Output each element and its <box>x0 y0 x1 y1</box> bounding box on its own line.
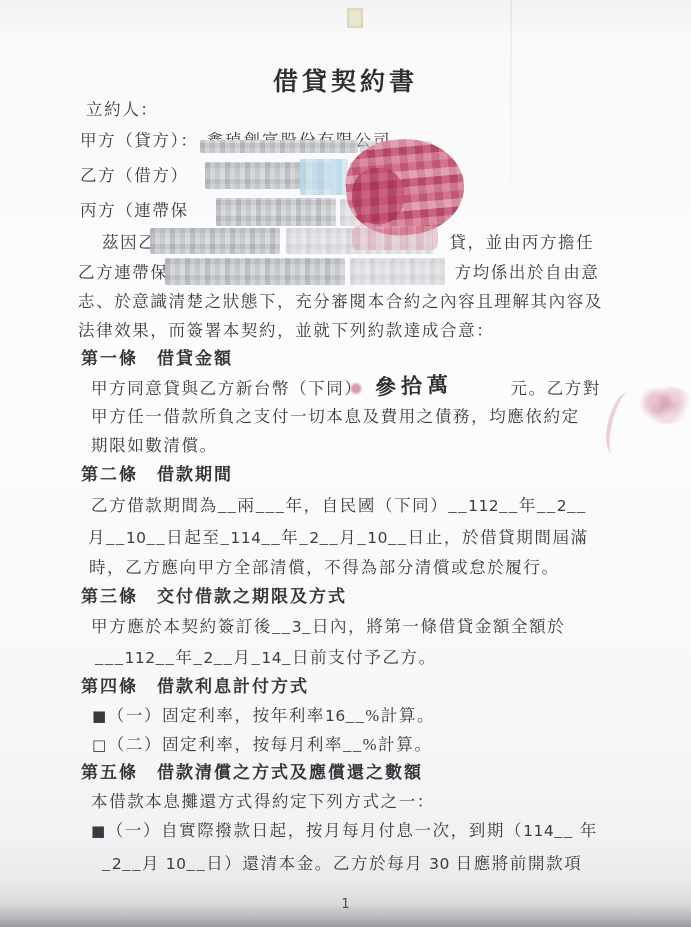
text-segment: （一）自實際撥款日起，按月每月付息一次，到期（ <box>107 821 523 840</box>
stamp-trace <box>601 390 642 458</box>
clause-3-heading: 第三條 交付借款之期限及方式 <box>81 587 347 609</box>
text-segment: 參拾萬 <box>374 375 453 398</box>
clause-5-option-1a: ■（一）自實際撥款日起，按月每月付息一次，到期（114__年 <box>91 821 598 843</box>
clause-4-option-2: □（二）固定利率，按每月利率__%計算。 <box>92 735 432 757</box>
preamble-line-3: 志、於意識清楚之狀態下，充分審閱本合約之內容且理解其內容及 <box>78 292 603 314</box>
text-segment: __ <box>218 496 238 515</box>
red-stamp-core <box>352 168 404 224</box>
clause-2-body-2: 月__10__日起至_114__年_2__月_10__日止，於借貸期間屆滿 <box>88 528 589 550</box>
text-segment: 本借款本息攤還方式得約定下列方式之一： <box>91 792 435 811</box>
text-segment: 第五條 借款清償之方式及應償還之數額 <box>81 763 423 782</box>
text-segment: __ <box>214 648 234 667</box>
red-stamp-fringe <box>352 226 438 250</box>
text-segment: _ <box>102 854 112 873</box>
text-segment: _ <box>221 528 231 547</box>
text-segment: 第一條 借貸金額 <box>81 349 233 368</box>
text-segment: 年 <box>175 648 193 667</box>
text-segment: 法律效果，而簽署本契約，並就下列約款達成合意： <box>78 321 494 340</box>
blue-mark <box>300 159 348 195</box>
text-segment: 2 <box>203 649 213 667</box>
text-segment: 乙方（借方） <box>80 166 189 185</box>
text-segment: 第二條 借款期間 <box>81 465 233 484</box>
text-segment: 月 <box>233 648 251 667</box>
text-segment: __ <box>346 706 366 725</box>
text-segment: __ <box>262 528 282 547</box>
text-segment: __ <box>554 821 574 840</box>
checkbox-unchecked-icon: □ <box>92 736 108 754</box>
text-segment: _ <box>357 528 367 547</box>
clause-2-body-1: 乙方借款期間為__兩___年，自民國（下同）__112__年__2__ <box>91 496 587 518</box>
text-segment: _ <box>193 648 203 667</box>
clause-5-option-1b: _2__月 10__日）還清本金。乙方於每月 30 日應將前開款項 <box>102 854 582 876</box>
text-segment: 年，自民國（下同） <box>285 496 448 515</box>
text-segment: __ <box>156 648 176 667</box>
scanned-contract-page: 借貸契約書 立約人：甲方（貸方）：鑫琸創富股份有限公司乙方（借方）丙方（連帶保茲… <box>0 0 691 927</box>
text-segment: ___ <box>95 648 125 667</box>
parties-label: 立約人： <box>86 100 158 122</box>
redaction-block <box>216 198 336 226</box>
text-segment: __ <box>567 496 587 515</box>
text-segment: 日起至 <box>166 528 220 547</box>
text-segment: 2 <box>557 497 567 515</box>
clause-4-heading: 第四條 借款利息計付方式 <box>81 677 309 699</box>
text-segment: _ <box>299 528 309 547</box>
clause-4-option-1: ■（一）固定利率，按年利率16__%計算。 <box>92 706 435 728</box>
stamp-trace <box>636 386 691 424</box>
text-segment: __ <box>537 496 557 515</box>
party-c-line: 丙方（連帶保 <box>80 201 189 223</box>
text-segment: 月 <box>339 528 357 547</box>
text-segment: 2 <box>309 529 319 547</box>
clause-2-heading: 第二條 借款期間 <box>81 465 233 487</box>
text-segment: 日前支付予乙方。 <box>292 648 437 667</box>
text-segment: 30 <box>429 855 450 873</box>
page-number: 1 <box>0 897 691 912</box>
text-segment: 甲方任一借款所負之支付一切本息及費用之債務，均應依約定 <box>91 407 580 426</box>
text-segment: 丙方（連帶保 <box>80 201 189 220</box>
text-segment: __ <box>320 528 340 547</box>
text-segment: 年 <box>519 496 537 515</box>
text-segment: 甲方（貸方）： <box>80 131 198 150</box>
clause-3-body-2: ___112__年_2__月_14_日前支付予乙方。 <box>95 648 437 670</box>
text-segment: 10 <box>166 855 187 873</box>
redaction-block <box>165 258 345 285</box>
text-segment: 乙方借款期間為 <box>91 496 218 515</box>
text-segment: 日應將前開款項 <box>450 854 582 873</box>
redaction-block <box>350 258 445 285</box>
text-segment: __ <box>448 496 468 515</box>
text-segment: 月 <box>142 854 166 873</box>
text-segment: %計算。 <box>363 735 433 754</box>
checkbox-checked-icon: ■ <box>92 707 108 725</box>
text-segment: 112 <box>125 649 156 667</box>
text-segment: 方均係出於自由意 <box>455 263 600 282</box>
text-segment: 年 <box>580 821 598 840</box>
preamble-line-4: 法律效果，而簽署本契約，並就下列約款達成合意： <box>78 321 494 343</box>
text-segment: __ <box>272 617 292 636</box>
text-segment: __ <box>106 528 126 547</box>
checkbox-checked-icon: ■ <box>91 822 107 840</box>
text-segment: 甲方同意貸與乙方新台幣（下同） <box>91 379 363 398</box>
text-segment: __ <box>147 528 167 547</box>
text-segment: _ <box>282 648 292 667</box>
text-segment: 立約人： <box>86 100 158 119</box>
text-segment: _ <box>302 617 312 636</box>
text-segment: _ <box>252 648 262 667</box>
text-segment: __ <box>388 528 408 547</box>
text-segment: 月 <box>88 528 106 547</box>
text-segment: 112 <box>468 497 499 515</box>
text-segment: 3 <box>292 618 302 636</box>
text-segment: 日內，將第一條借貸金額全額於 <box>312 617 565 636</box>
text-segment: 114 <box>230 529 261 547</box>
page-marker <box>347 8 363 28</box>
document-title: 借貸契約書 <box>0 62 691 98</box>
clause-1-body-2: 甲方任一借款所負之支付一切本息及費用之債務，均應依約定 <box>91 407 580 429</box>
text-segment: 第三條 交付借款之期限及方式 <box>81 587 347 606</box>
clause-2-body-3: 時，乙方應向甲方全部清償，不得為部分清償或怠於履行。 <box>89 558 560 580</box>
text-segment: 貸，並由丙方擔任 <box>449 233 594 252</box>
text-segment: __ <box>122 854 142 873</box>
text-segment: 年 <box>281 528 299 547</box>
redaction-block <box>200 140 358 153</box>
clause-5-heading: 第五條 借款清償之方式及應償還之數額 <box>81 763 423 785</box>
clause-1-body-3: 期限如數清償。 <box>91 436 218 458</box>
clause-3-body-1: 甲方應於本契約簽訂後__3_日內，將第一條借貸金額全額於 <box>91 617 565 639</box>
text-segment: __ <box>187 854 207 873</box>
text-segment: __ <box>343 735 363 754</box>
text-segment: 10 <box>126 529 147 547</box>
text-segment: %計算。 <box>365 706 435 725</box>
party-b-line: 乙方（借方） <box>80 166 189 188</box>
text-segment: 日）還清本金。乙方於每月 <box>206 854 429 873</box>
text-segment: 元。乙方對 <box>511 379 602 398</box>
text-segment: ___ <box>256 496 286 515</box>
redaction-block <box>150 228 280 254</box>
text-segment: __ <box>499 496 519 515</box>
text-segment: （二）固定利率，按每月利率 <box>108 735 343 754</box>
text-segment: 16 <box>325 707 346 725</box>
text-segment: 日止，於借貸期間屆滿 <box>408 528 589 547</box>
text-segment: 期限如數清償。 <box>91 436 218 455</box>
crease-line <box>510 0 512 226</box>
clause-5-body-1: 本借款本息攤還方式得約定下列方式之一： <box>91 792 435 814</box>
text-segment: 2 <box>112 855 122 873</box>
text-segment: 14 <box>261 649 282 667</box>
clause-1-body-1: 甲方同意貸與乙方新台幣（下同）參拾萬元。乙方對 <box>91 377 601 399</box>
text-segment: （一）固定利率，按年利率 <box>108 706 325 725</box>
text-segment: 甲方應於本契約簽訂後 <box>91 617 272 636</box>
text-segment: 時，乙方應向甲方全部清償，不得為部分清償或怠於履行。 <box>89 558 560 577</box>
clause-1-heading: 第一條 借貸金額 <box>81 349 233 371</box>
text-segment: 114 <box>523 822 554 840</box>
text-segment: 第四條 借款利息計付方式 <box>81 677 309 696</box>
text-segment: 兩 <box>237 496 256 515</box>
text-segment: 10 <box>367 529 388 547</box>
text-segment: 志、於意識清楚之狀態下，充分審閱本合約之內容且理解其內容及 <box>78 292 603 311</box>
